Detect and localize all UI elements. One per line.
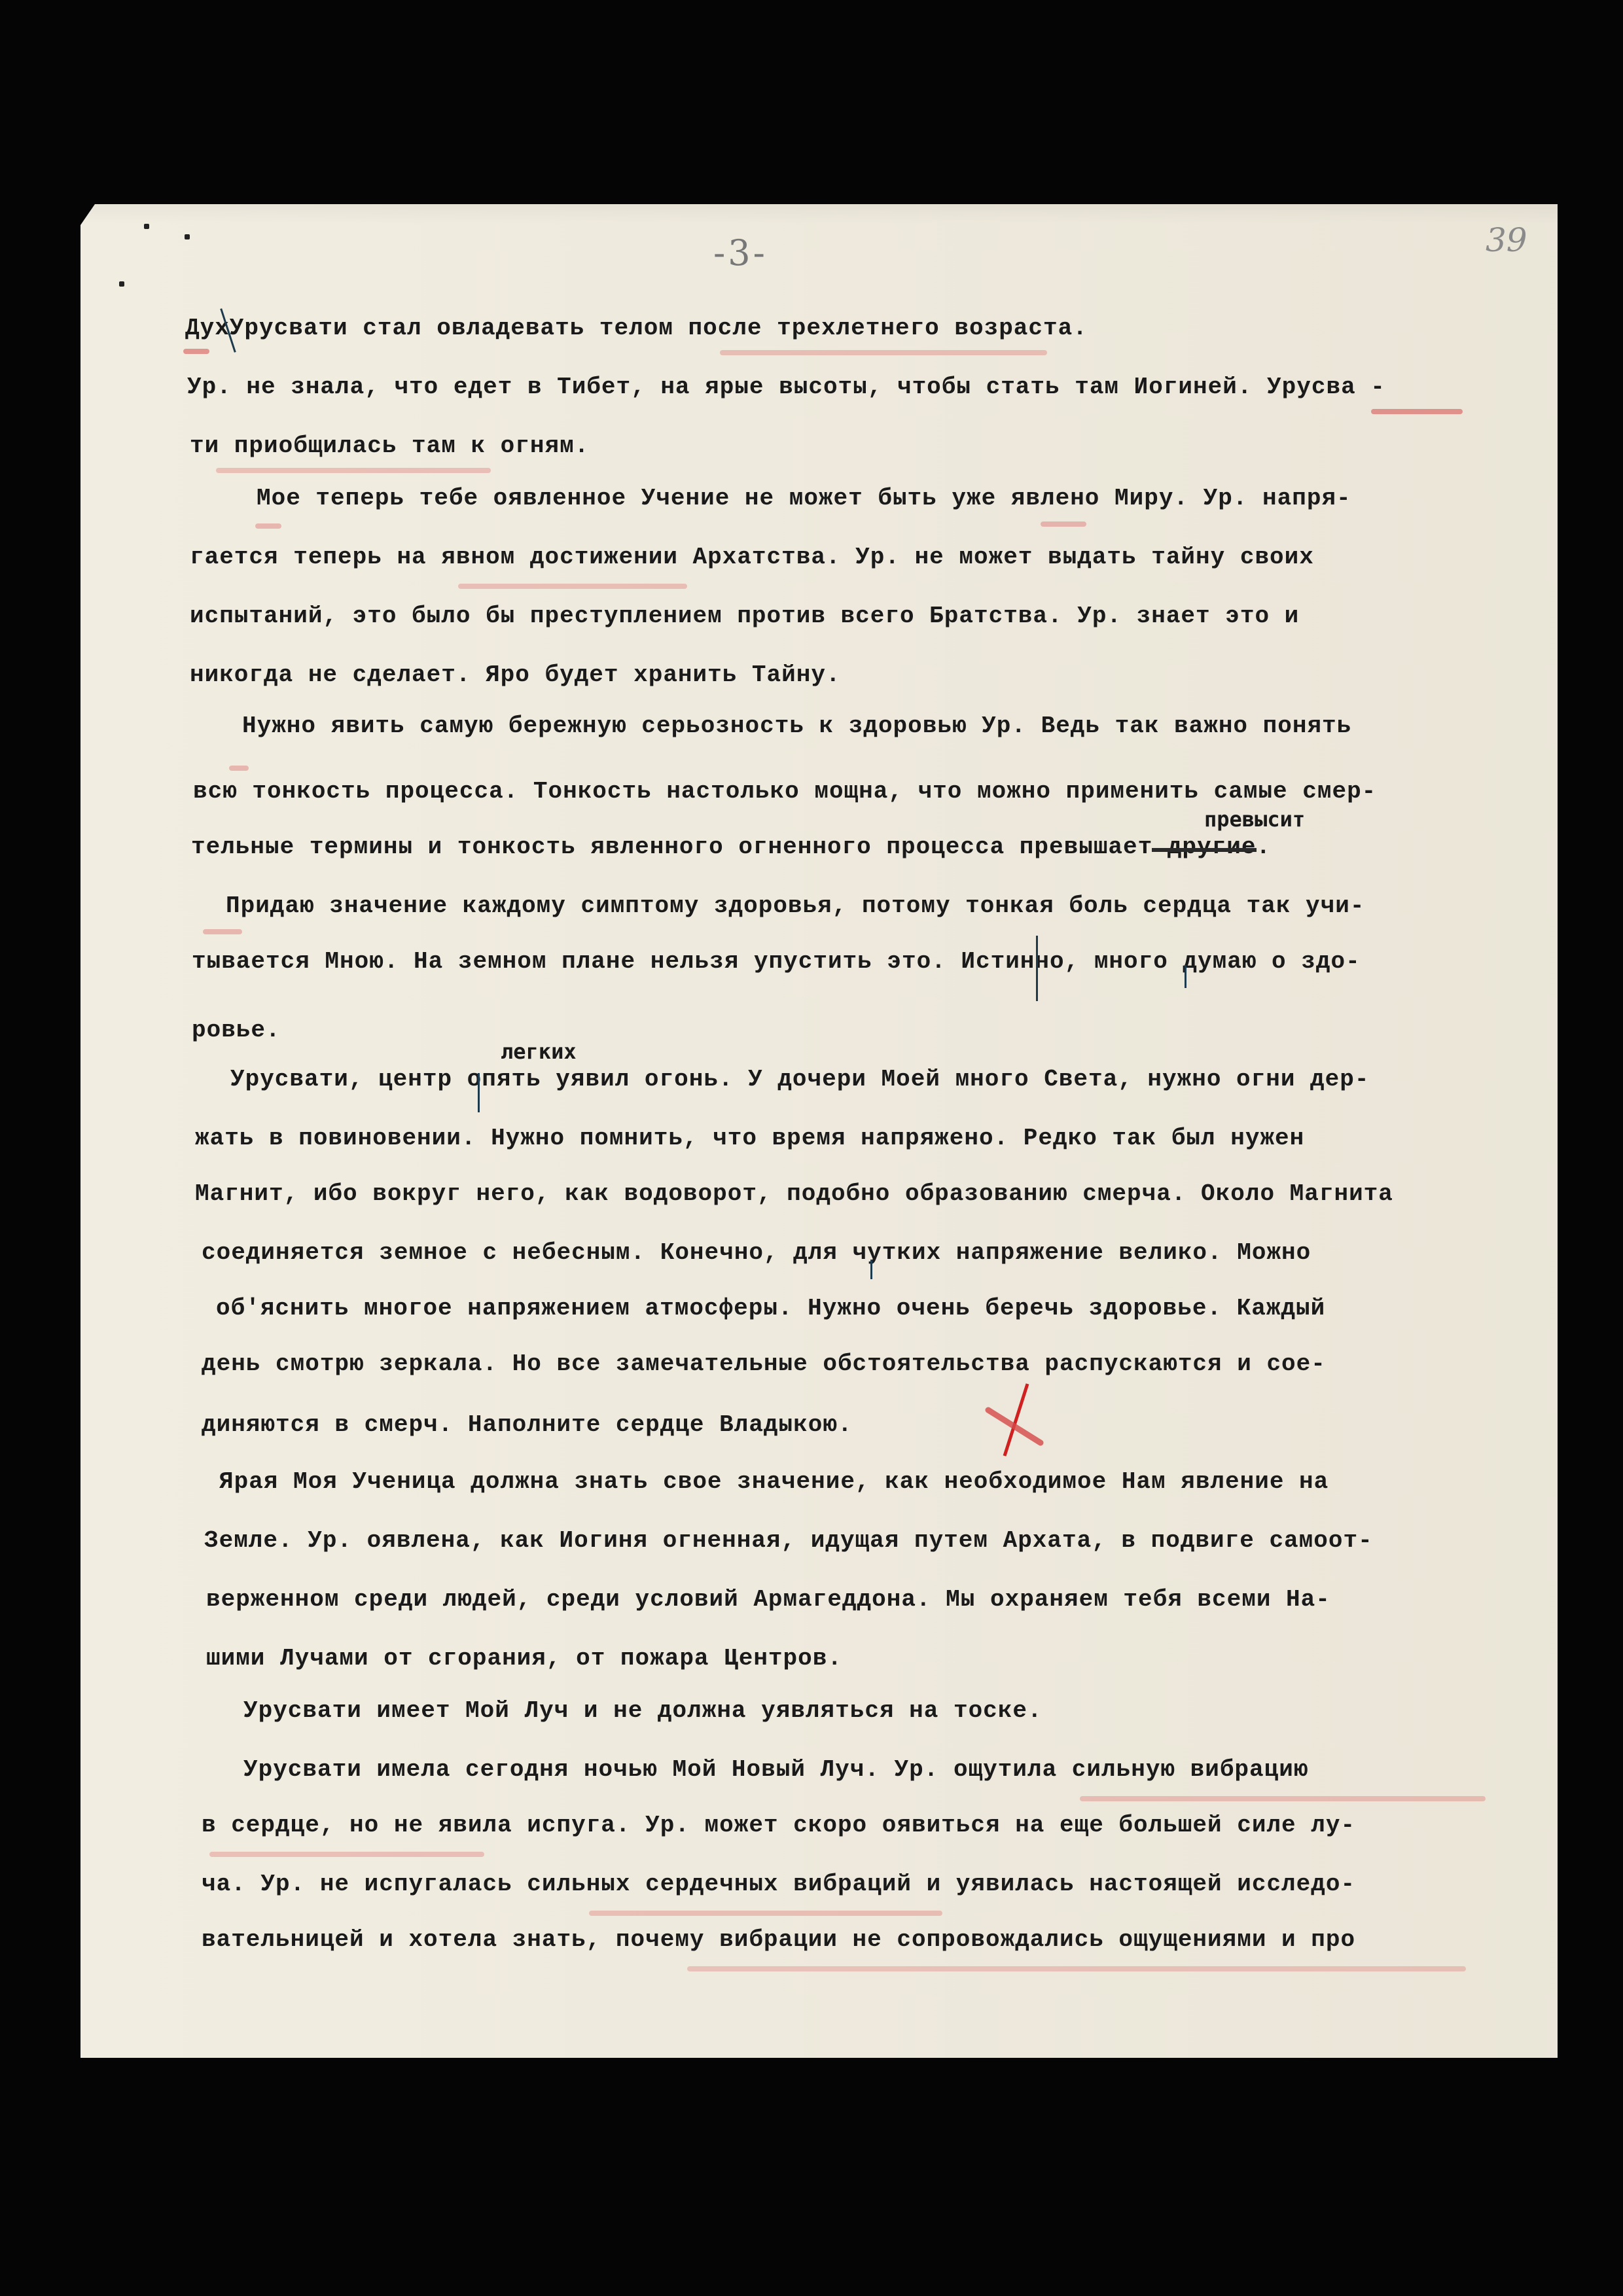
text-line: в сердце, но не явила испуга. Ур. может … bbox=[202, 1812, 1355, 1839]
text-line: Мое теперь тебе оявленное Учение не може… bbox=[257, 486, 1351, 512]
page-marker: -3- bbox=[713, 232, 768, 274]
red-underline bbox=[216, 468, 491, 473]
text-line: Урусвати имеет Мой Луч и не должна уявля… bbox=[243, 1698, 1043, 1724]
text-line: день смотрю зеркала. Но все замечательны… bbox=[202, 1351, 1326, 1377]
punch-dot bbox=[185, 234, 190, 239]
text-line: ча. Ур. не испугалась сильных сердечных … bbox=[202, 1871, 1355, 1898]
text-line: Урусвати имела сегодня ночью Мой Новый Л… bbox=[243, 1757, 1308, 1783]
text-line: вательницей и хотела знать, почему вибра… bbox=[202, 1927, 1355, 1953]
text-line: верженном среди людей, среди условий Арм… bbox=[206, 1587, 1330, 1613]
red-underline bbox=[589, 1911, 942, 1916]
text-line: Магнит, ибо вокруг него, как водоворот, … bbox=[195, 1181, 1393, 1207]
text-line: ровье. bbox=[192, 1017, 281, 1044]
red-underline bbox=[209, 1852, 484, 1857]
pen-insertion-mark bbox=[1036, 936, 1038, 1001]
red-underline bbox=[720, 350, 1047, 355]
red-underline bbox=[1041, 521, 1086, 527]
text-line: соединяется земное с небесным. Конечно, … bbox=[202, 1240, 1311, 1266]
text-line: Ур. не знала, что едет в Тибет, на ярые … bbox=[187, 374, 1385, 400]
text-line: всю тонкость процесса. Тонкость настольк… bbox=[193, 779, 1376, 805]
pen-insertion-mark bbox=[1185, 965, 1186, 988]
insertion-above-line: превысит bbox=[1204, 807, 1305, 832]
text-line: Земле. Ур. оявлена, как Иогиня огненная,… bbox=[204, 1528, 1373, 1554]
folio-number: 39 bbox=[1486, 221, 1527, 259]
red-underline bbox=[203, 929, 242, 934]
text-line: Урусвати, центр опять уявил огонь. У доч… bbox=[230, 1067, 1369, 1093]
strikethrough-mark bbox=[1152, 848, 1257, 852]
red-underline bbox=[183, 349, 209, 354]
red-cross-mark-icon bbox=[975, 1381, 1054, 1459]
text-line: гается теперь на явном достижении Архатс… bbox=[190, 544, 1314, 571]
text-line: об'яснить многое напряжением атмосферы. … bbox=[216, 1296, 1325, 1322]
pen-insertion-mark bbox=[870, 1260, 872, 1279]
pen-insertion-mark bbox=[478, 1073, 480, 1112]
red-underline bbox=[255, 523, 281, 529]
red-underline bbox=[458, 584, 687, 589]
text-line: Нужно явить самую бережную серьозность к… bbox=[242, 713, 1351, 739]
text-line: жать в повиновении. Нужно помнить, что в… bbox=[195, 1125, 1304, 1152]
red-underline bbox=[229, 766, 249, 771]
text-line: никогда не сделает. Яро будет хранить Та… bbox=[190, 662, 841, 688]
text-line: Ярая Моя Ученица должна знать свое значе… bbox=[219, 1469, 1329, 1495]
punch-dot bbox=[119, 281, 124, 287]
insertion-above-line: легких bbox=[501, 1039, 577, 1064]
red-underline bbox=[1371, 409, 1463, 414]
punch-dot bbox=[144, 224, 149, 229]
red-underline bbox=[1080, 1796, 1486, 1801]
text-line: испытаний, это было бы преступлением про… bbox=[190, 603, 1299, 629]
text-line: тельные термины и тонкость явленного огн… bbox=[191, 834, 1271, 860]
text-line: шими Лучами от сгорания, от пожара Центр… bbox=[206, 1646, 842, 1672]
red-underline bbox=[687, 1966, 1466, 1971]
text-line: ти приобщилась там к огням. bbox=[190, 433, 589, 459]
text-line: ДухУрусвати стал овладевать телом после … bbox=[185, 315, 1088, 342]
text-line: Придаю значение каждому симптому здоровь… bbox=[226, 893, 1364, 919]
text-line: диняются в смерч. Наполните сердце Влады… bbox=[202, 1412, 853, 1438]
